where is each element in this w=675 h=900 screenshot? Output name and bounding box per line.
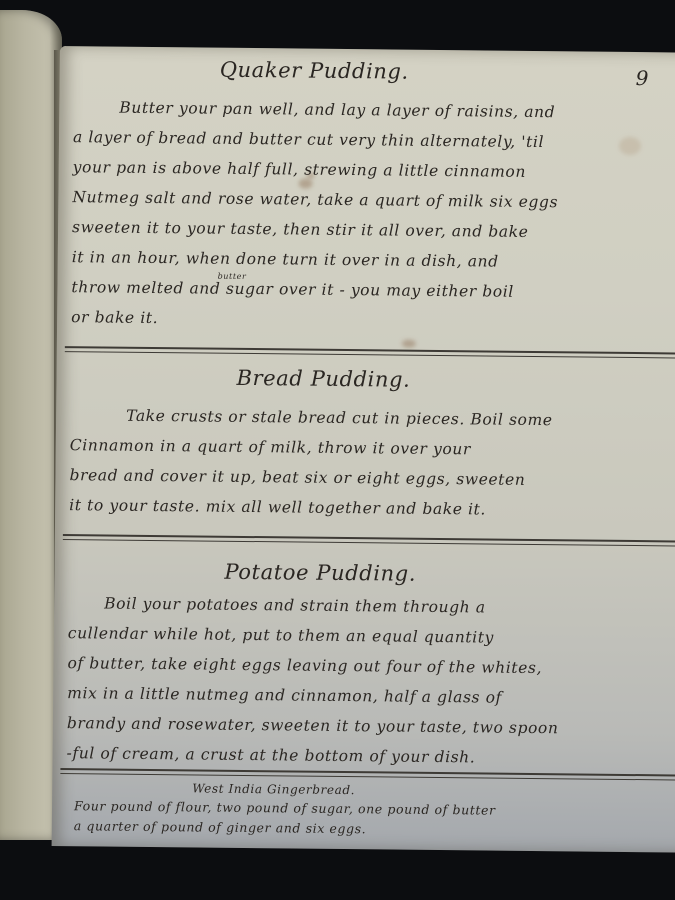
stain (299, 179, 313, 189)
recipe-line: it in an hour, when done turn it over in… (72, 248, 499, 270)
recipe-line: Nutmeg salt and rose water, take a quart… (72, 188, 558, 211)
stain (619, 137, 641, 155)
recipe-line: or bake it. (71, 308, 158, 327)
recipe-line: Butter your pan well, and lay a layer of… (119, 99, 555, 122)
recipe-line: Four pound of flour, two pound of sugar,… (74, 798, 496, 817)
recipe-line: cullendar while hot, put to them an equa… (68, 624, 494, 646)
recipe-line: brandy and rosewater, sweeten it to your… (67, 714, 559, 737)
recipe-line: Take crusts or stale bread cut in pieces… (126, 407, 553, 429)
recipe-line: of butter, take eight eggs leaving out f… (67, 654, 542, 677)
recipe-title-bread-pudding: Bread Pudding. (236, 366, 410, 392)
recipe-page: Quaker Pudding. 9 Butter your pan well, … (52, 46, 675, 853)
page-number: 9 (636, 66, 650, 90)
recipe-line: -ful of cream, a crust at the bottom of … (67, 744, 476, 766)
recipe-line: a quarter of pound of ginger and six egg… (74, 818, 367, 836)
stain (402, 340, 416, 348)
recipe-line: Boil your potatoes and strain them throu… (104, 594, 486, 616)
recipe-line: it to your taste. mix all well together … (69, 496, 486, 518)
recipe-line: Cinnamon in a quart of milk, throw it ov… (70, 436, 471, 458)
recipe-title-potatoe-pudding: Potatoe Pudding. (224, 560, 416, 586)
recipe-title-west-india-gingerbread: West India Gingerbread. (192, 781, 355, 797)
recipe-line: mix in a little nutmeg and cinnamon, hal… (67, 684, 502, 707)
recipe-line: throw melted and sugar over it - you may… (71, 278, 514, 301)
recipe-title-quaker-pudding: Quaker Pudding. (220, 58, 409, 84)
recipe-line: your pan is above half full, strewing a … (73, 158, 526, 181)
recipe-line: a layer of bread and butter cut very thi… (73, 128, 544, 151)
recipe-line: bread and cover it up, beat six or eight… (69, 466, 525, 489)
recipe-line: sweeten it to your taste, then stir it a… (72, 218, 529, 241)
